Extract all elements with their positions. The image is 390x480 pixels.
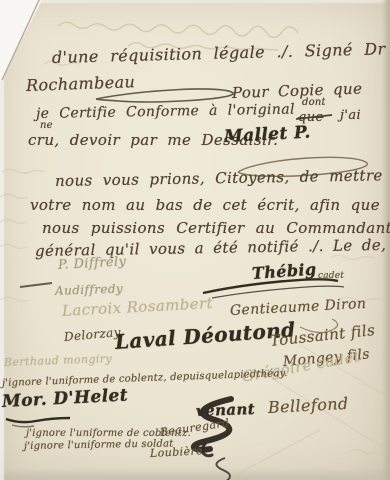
interline-word: ne bbox=[40, 120, 53, 131]
interline-word: dont bbox=[302, 97, 326, 108]
dhelet-underline-flourish bbox=[6, 418, 70, 427]
signature-loubiere: Loubière bbox=[150, 444, 204, 460]
signature-rochambeau: Rochambeau bbox=[26, 72, 136, 95]
manuscript-line: nous puissions Certifier au Commandant bbox=[42, 219, 390, 237]
manuscript-scan: d'une réquisition légale ./. Signé Dr — … bbox=[0, 0, 390, 480]
bottom-flourish bbox=[216, 458, 230, 480]
corner-fold-line bbox=[2, 0, 40, 80]
signature-audiffredy: Audiffredy bbox=[55, 282, 124, 298]
thebig-underline-flourish bbox=[203, 279, 344, 298]
signature-thebig-qualifier: cadet bbox=[318, 271, 344, 281]
manuscript-line: j'ai bbox=[340, 108, 361, 123]
manuscript-line: votre nom au bas de cet écrit, afin que bbox=[30, 196, 380, 214]
small-strikethrough bbox=[20, 283, 52, 287]
